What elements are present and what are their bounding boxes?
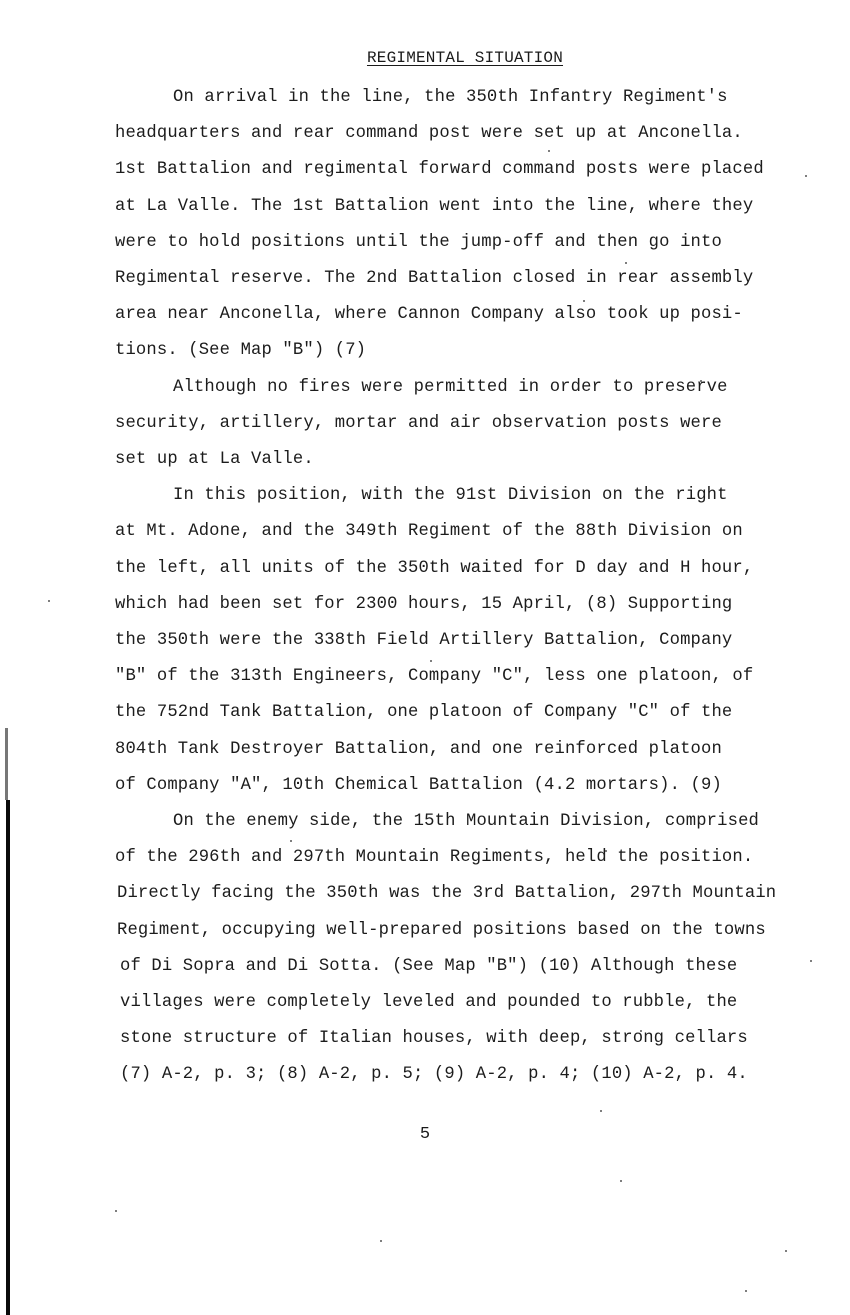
- scan-speck: [625, 262, 627, 264]
- text-line: of Di Sopra and Di Sotta. (See Map "B") …: [120, 957, 737, 977]
- text-line: Directly facing the 350th was the 3rd Ba…: [117, 884, 776, 904]
- text-line: stone structure of Italian houses, with …: [120, 1029, 748, 1049]
- text-line: villages were completely leveled and pou…: [120, 993, 737, 1013]
- scan-speck: [810, 960, 812, 962]
- scan-speck: [48, 600, 50, 602]
- section-title: REGIMENTAL SITUATION: [0, 49, 850, 67]
- scan-speck: [620, 1180, 622, 1182]
- text-line: 1st Battalion and regimental forward com…: [115, 160, 764, 180]
- text-line: set up at La Valle.: [115, 450, 314, 470]
- text-line: the 350th were the 338th Field Artillery…: [115, 631, 732, 651]
- text-line: of Company "A", 10th Chemical Battalion …: [115, 776, 722, 796]
- scan-speck: [548, 150, 550, 152]
- scan-speck: [380, 1240, 382, 1242]
- scan-speck: [290, 840, 292, 842]
- text-line: Regiment, occupying well-prepared positi…: [117, 921, 766, 941]
- text-line: were to hold positions until the jump-of…: [115, 233, 722, 253]
- scan-speck: [600, 1110, 602, 1112]
- scan-edge-shadow: [5, 728, 8, 800]
- text-line: headquarters and rear command post were …: [115, 124, 743, 144]
- scan-speck: [430, 660, 432, 662]
- text-line: area near Anconella, where Cannon Compan…: [115, 305, 743, 325]
- text-line: 804th Tank Destroyer Battalion, and one …: [115, 740, 722, 760]
- text-line: On arrival in the line, the 350th Infant…: [173, 88, 728, 108]
- text-line: of the 296th and 297th Mountain Regiment…: [115, 848, 753, 868]
- text-line: (7) A-2, p. 3; (8) A-2, p. 5; (9) A-2, p…: [120, 1065, 748, 1085]
- text-line: the left, all units of the 350th waited …: [115, 559, 753, 579]
- text-line: at La Valle. The 1st Battalion went into…: [115, 197, 753, 217]
- scan-speck: [115, 1210, 117, 1212]
- text-line: Although no fires were permitted in orde…: [173, 378, 728, 398]
- text-line: at Mt. Adone, and the 349th Regiment of …: [115, 522, 743, 542]
- text-line: "B" of the 313th Engineers, Company "C",…: [115, 667, 753, 687]
- text-line: In this position, with the 91st Division…: [173, 486, 728, 506]
- text-line: Regimental reserve. The 2nd Battalion cl…: [115, 269, 753, 289]
- text-line: tions. (See Map "B") (7): [115, 341, 366, 361]
- scan-speck: [640, 1030, 642, 1032]
- text-line: On the enemy side, the 15th Mountain Div…: [173, 812, 759, 832]
- text-line: security, artillery, mortar and air obse…: [115, 414, 722, 434]
- scan-speck: [700, 380, 702, 382]
- scan-speck: [745, 1290, 747, 1292]
- document-page: REGIMENTAL SITUATION On arrival in the l…: [0, 0, 850, 1315]
- text-line: the 752nd Tank Battalion, one platoon of…: [115, 703, 732, 723]
- scan-speck: [605, 850, 607, 852]
- page-number: 5: [0, 1125, 850, 1144]
- scan-speck: [583, 300, 585, 302]
- text-line: which had been set for 2300 hours, 15 Ap…: [115, 595, 732, 615]
- scan-speck: [785, 1250, 787, 1252]
- scan-speck: [805, 175, 807, 177]
- scan-edge-bar: [6, 800, 10, 1315]
